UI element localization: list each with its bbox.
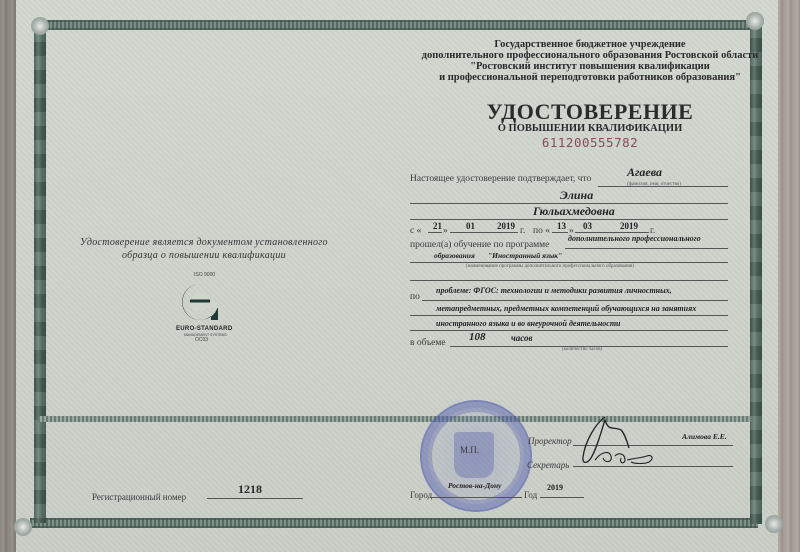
frame-bottom	[30, 518, 758, 528]
logo-brand: EURO-STANDARD	[176, 326, 232, 332]
registration-rule	[207, 498, 303, 499]
program-hint: (наименование программы дополнительного …	[466, 264, 634, 269]
registration-number: 1218	[238, 482, 262, 497]
seal-emblem-icon	[454, 432, 494, 478]
name-hint: (фамилия, имя, отчество)	[627, 182, 681, 187]
volume-unit: часов	[511, 333, 533, 343]
volume-hours: 108	[469, 331, 486, 343]
period-from-prefix: с «	[410, 226, 421, 236]
logo-code: ОС03	[195, 337, 208, 343]
program-line-2a: образования	[434, 251, 475, 260]
euro-standard-e-logo-icon	[178, 280, 222, 324]
program-label: прошел(а) обучение по программе	[410, 240, 549, 250]
from-year-line	[496, 232, 518, 233]
document-title: УДОСТОВЕРЕНИЕ	[400, 99, 780, 125]
topic-line-3: иностранного языка и во внеурочной деяте…	[436, 319, 621, 328]
registration-label: Регистрационный номер	[92, 492, 186, 502]
frame-corner-rosette-tr	[746, 12, 764, 30]
year-rule	[540, 497, 584, 498]
to-day-line	[552, 232, 568, 233]
document-subtitle: О ПОВЫШЕНИИ КВАЛИФИКАЦИИ	[400, 123, 780, 134]
program-line-2-rule	[410, 262, 728, 263]
from-day-line	[428, 232, 442, 233]
program-line-1: дополнительного профессионального	[568, 234, 701, 243]
topic-line-2-rule	[410, 315, 728, 316]
topic-label: по	[410, 292, 420, 302]
holder-first-name: Элина	[560, 188, 593, 203]
frame-top	[40, 20, 760, 30]
frame-corner-rosette-br	[765, 515, 783, 533]
program-line-2b: "Иностранный язык"	[488, 251, 562, 260]
holder-surname: Агаева	[627, 165, 662, 180]
confirms-label: Настоящее удостоверение подтверждает, чт…	[410, 174, 591, 184]
frame-corner-rosette-tl	[31, 17, 49, 35]
frame-corner-rosette-bl	[14, 518, 32, 536]
patronymic-line	[410, 219, 728, 220]
topic-line-2: метапредметных, предметных компетенций о…	[436, 304, 696, 313]
prorector-name: Алимова Е.Е.	[682, 432, 727, 441]
institution-line-4: и профессиональной переподготовки работн…	[400, 73, 780, 83]
city-rule	[430, 497, 522, 498]
to-year-line	[621, 232, 649, 233]
institution-line-2: дополнительного профессионального образо…	[400, 51, 780, 61]
from-month-line	[450, 232, 496, 233]
period-from-day: 21	[433, 221, 442, 231]
period-from-year: 2019	[497, 221, 515, 231]
period-to-month: 03	[583, 221, 592, 231]
left-statement-line-1: Удостоверение является документом устано…	[80, 237, 328, 248]
period-from-year-suffix: г.	[520, 226, 525, 236]
institution-line-3: "Ростовский институт повышения квалифика…	[400, 62, 780, 72]
year-value: 2019	[547, 483, 563, 492]
topic-line-1: проблеме: ФГОС: технологии и методики ра…	[436, 286, 672, 295]
signature-icon	[565, 412, 665, 472]
period-to-prefix: по «	[533, 226, 550, 236]
volume-hint: (количество часов)	[562, 347, 602, 352]
period-from-quote: »	[443, 226, 448, 236]
city-label: Город	[410, 490, 432, 500]
program-extra-rule	[410, 280, 728, 281]
volume-label: в объеме	[410, 338, 446, 348]
frame-left	[34, 28, 46, 523]
stamp-label: М.П.	[460, 445, 479, 455]
year-label: Год	[524, 490, 537, 500]
left-statement-line-2: образца о повышении квалификации	[122, 250, 286, 261]
institution-line-1: Государственное бюджетное учреждение	[400, 40, 780, 50]
holder-patronymic: Гюльахмедовна	[533, 204, 615, 219]
period-to-year: 2019	[620, 221, 638, 231]
period-to-day: 13	[557, 221, 566, 231]
secretary-label: Секретарь	[527, 460, 569, 470]
topic-line-1-rule	[422, 300, 728, 301]
serial-number: 611200555782	[400, 135, 780, 150]
program-line-1-rule	[565, 248, 728, 249]
topic-line-3-rule	[410, 330, 728, 331]
to-month-line	[575, 232, 621, 233]
logo-iso-text: ISO 9000	[194, 272, 215, 278]
period-from-month: 01	[466, 221, 475, 231]
city-value: Ростов-на-Дону	[448, 481, 502, 490]
